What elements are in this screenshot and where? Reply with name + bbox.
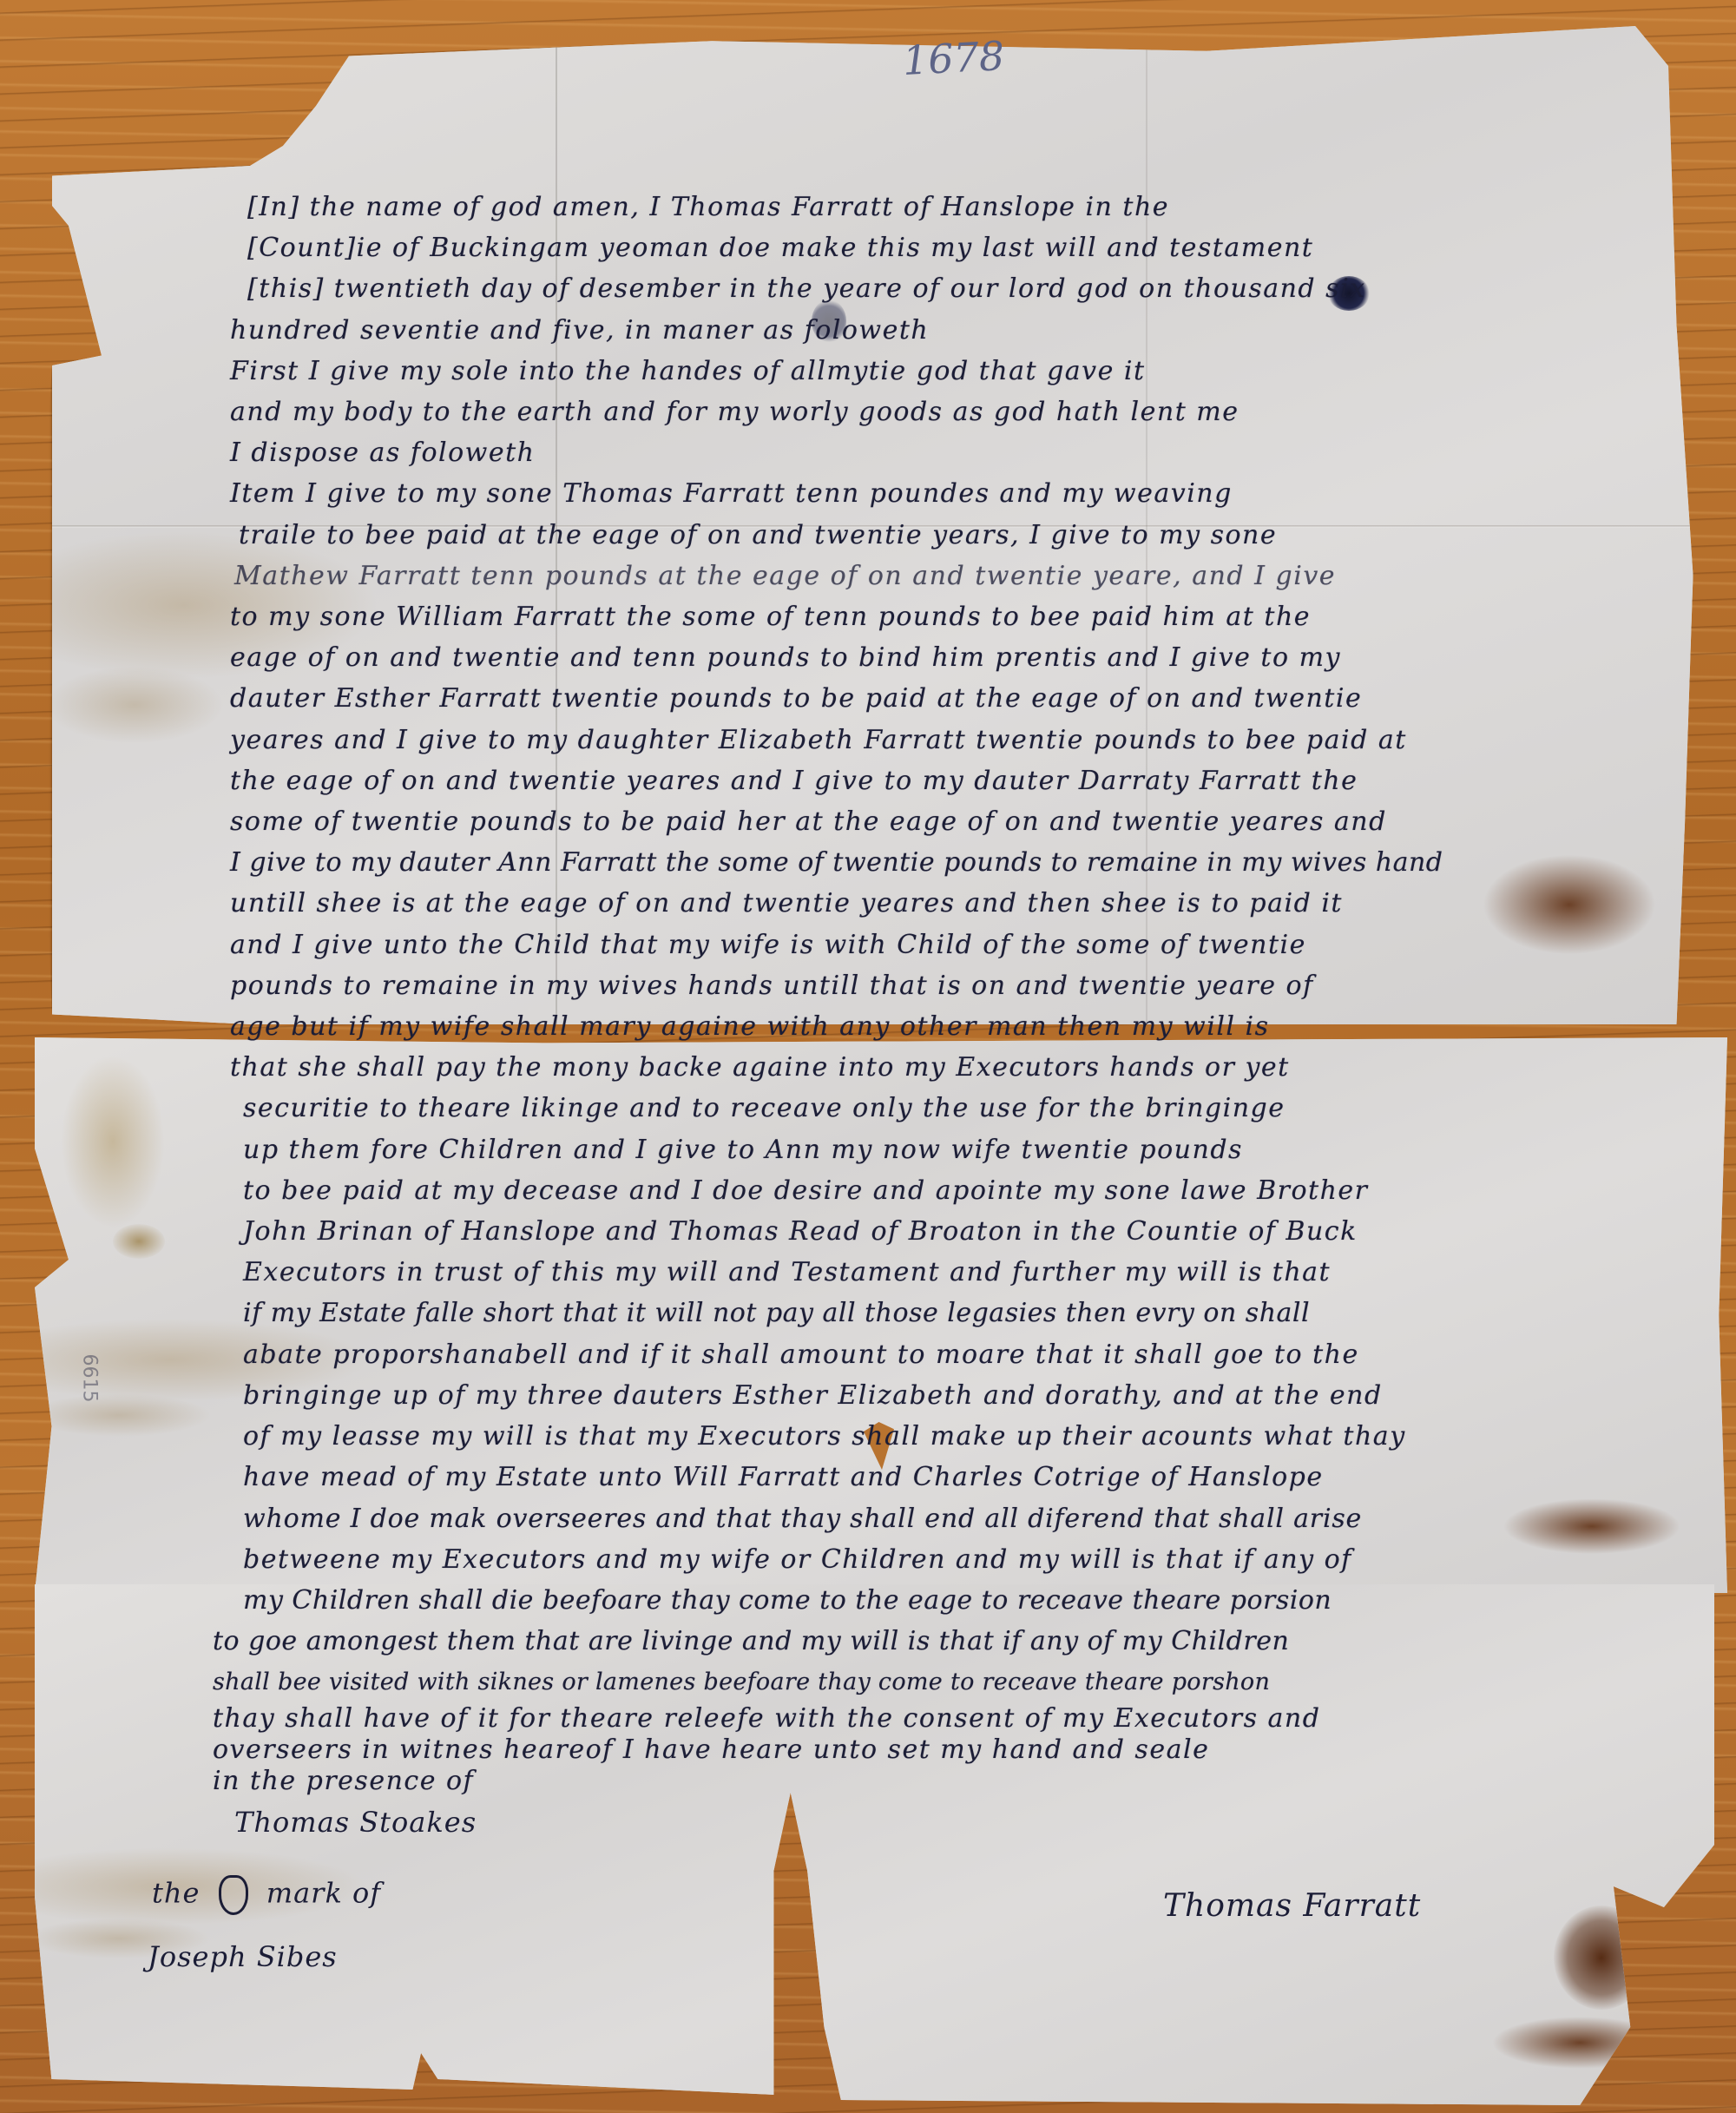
text-line: John Brinan of Hanslope and Thomas Read … [243, 1211, 1723, 1252]
text-line: that she shall pay the mony backe againe… [230, 1047, 1723, 1088]
text-line: whome I doe mak overseeres and that thay… [243, 1498, 1723, 1539]
text-line: overseers in witnes heareof I have heare… [213, 1735, 1723, 1766]
witness-mark-line: the mark of [152, 1875, 381, 1915]
text-line: some of twentie pounds to be paid her at… [230, 801, 1723, 842]
text-line: to goe amongest them that are livinge an… [213, 1621, 1723, 1662]
water-stain [113, 1224, 165, 1259]
text-line: and I give unto the Child that my wife i… [230, 925, 1723, 965]
text-line: and my body to the earth and for my worl… [230, 392, 1723, 432]
text-line: if my Estate falle short that it will no… [243, 1293, 1723, 1333]
text-line: abate proporshanabell and if it shall am… [243, 1334, 1723, 1375]
text-line: [In] the name of god amen, I Thomas Farr… [247, 187, 1723, 227]
text-line: betweene my Executors and my wife or Chi… [243, 1539, 1723, 1580]
text-line: I dispose as foloweth [230, 432, 1723, 473]
text-line: Item I give to my sone Thomas Farratt te… [230, 473, 1723, 514]
text-line: pounds to remaine in my wives hands unti… [230, 965, 1723, 1006]
text-line: securitie to theare likinge and to recea… [243, 1088, 1723, 1129]
text-line: [this] twentieth day of desember in the … [247, 268, 1723, 309]
text-line: bringinge up of my three dauters Esther … [243, 1375, 1723, 1416]
text-line: up them fore Children and I give to Ann … [243, 1129, 1723, 1170]
text-line: in the presence of [213, 1766, 1723, 1797]
text-line: Mathew Farratt tenn pounds at the eage o… [234, 556, 1723, 596]
archive-year-annotation: 1678 [902, 32, 1006, 84]
testator-signature: Thomas Farratt [1163, 1888, 1421, 1924]
text-line: age but if my wife shall mary againe wit… [230, 1006, 1723, 1047]
will-text-body: [In] the name of god amen, I Thomas Farr… [247, 187, 1723, 1797]
text-line: to my sone William Farratt the some of t… [230, 596, 1723, 637]
text-line: of my leasse my will is that my Executor… [243, 1416, 1723, 1457]
text-line: traile to bee paid at the eage of on and… [239, 515, 1723, 556]
mark-label: the [152, 1877, 200, 1910]
text-line: Executors in trust of this my will and T… [243, 1252, 1723, 1293]
witness-signature: Joseph Sibes [148, 1940, 338, 1973]
text-line: untill shee is at the eage of on and twe… [230, 883, 1723, 924]
text-line: my Children shall die beefoare thay come… [243, 1580, 1723, 1621]
text-line: the eage of on and twentie yeares and I … [230, 760, 1723, 801]
text-line: to bee paid at my decease and I doe desi… [243, 1170, 1723, 1211]
witness-signature: Thomas Stoakes [234, 1806, 477, 1839]
mark-symbol-icon [219, 1875, 248, 1915]
text-line: I give to my dauter Ann Farratt the some… [230, 842, 1723, 883]
text-line: yeares and I give to my daughter Elizabe… [230, 720, 1723, 760]
margin-archive-number: 6615 [79, 1354, 101, 1403]
mark-text: mark of [266, 1877, 381, 1910]
text-line: have mead of my Estate unto Will Farratt… [243, 1457, 1723, 1498]
text-line: [Count]ie of Buckingam yeoman doe make t… [247, 227, 1723, 268]
water-stain [61, 1055, 165, 1228]
text-line: thay shall have of it for theare releefe… [213, 1703, 1723, 1735]
text-line: shall bee visited with siknes or lamenes… [213, 1662, 1723, 1702]
text-line: hundred seventie and five, in maner as f… [230, 310, 1723, 351]
text-line: First I give my sole into the handes of … [230, 351, 1723, 392]
text-line: dauter Esther Farratt twentie pounds to … [230, 678, 1723, 719]
burn-stain [1554, 1906, 1649, 2010]
text-line: eage of on and twentie and tenn pounds t… [230, 637, 1723, 678]
